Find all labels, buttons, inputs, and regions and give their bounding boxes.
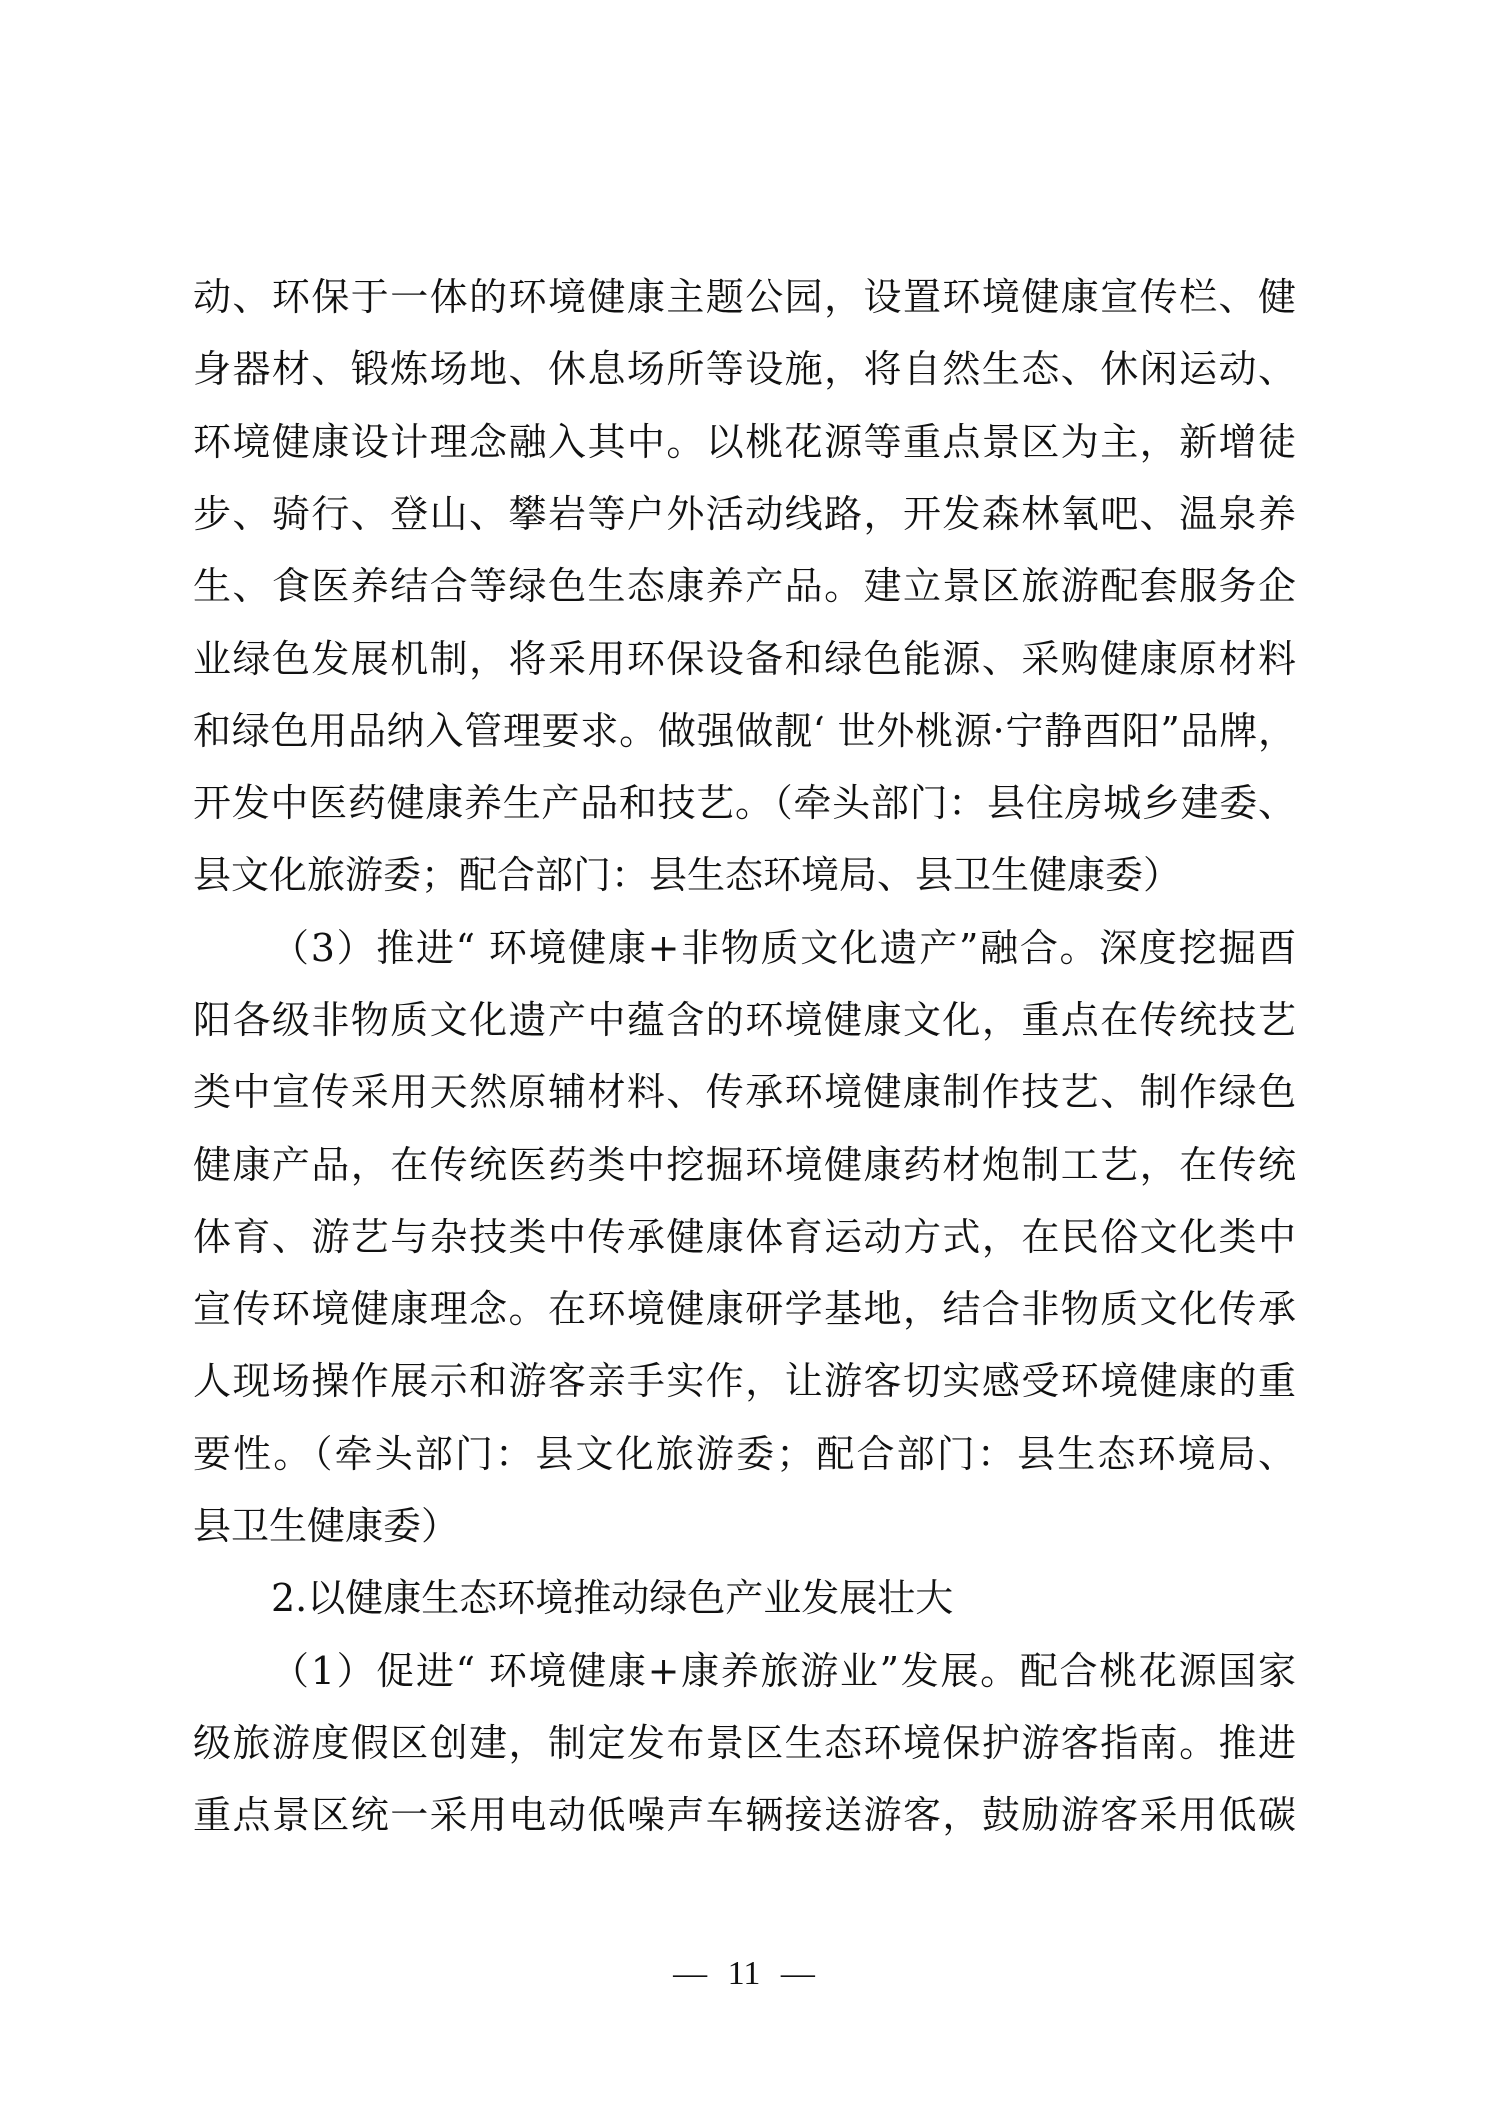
page-number: — 11 — — [0, 1952, 1488, 1996]
text-line-15: 宣传环境健康理念。在环境健康研学基地，结合非物质文化传承 — [193, 1284, 1296, 1334]
text-line-9: 县文化旅游委；配合部门：县生态环境局、县卫生健康委） — [193, 850, 1296, 900]
text-line-4: 步、骑行、登山、攀岩等户外活动线路，开发森林氧吧、温泉养 — [193, 489, 1296, 539]
text-line-8: 开发中医药健康养生产品和技艺。（牵头部门：县住房城乡建委、 — [193, 778, 1296, 828]
text-line-17: 要性。（牵头部门：县文化旅游委；配合部门：县生态环境局、 — [193, 1429, 1296, 1479]
paragraph-1-heading-line: （1）促进“ 环境健康+康养旅游业”发展。配合桃花源国家 — [271, 1646, 1296, 1696]
paragraph-3-heading-line: （3）推进“ 环境健康+非物质文化遗产”融合。深度挖掘酉 — [271, 923, 1296, 973]
document-page: 动、环保于一体的环境健康主题公园，设置环境健康宣传栏、健 身器材、锻炼场地、休息… — [0, 0, 1488, 2105]
text-line-18: 县卫生健康委） — [193, 1501, 1296, 1551]
text-line-21: 级旅游度假区创建，制定发布景区生态环境保护游客指南。推进 — [193, 1718, 1296, 1768]
text-line-6: 业绿色发展机制，将采用环保设备和绿色能源、采购健康原材料 — [193, 634, 1296, 684]
text-line-14: 体育、游艺与杂技类中传承健康体育运动方式，在民俗文化类中 — [193, 1212, 1296, 1262]
text-line-12: 类中宣传采用天然原辅材料、传承环境健康制作技艺、制作绿色 — [193, 1067, 1296, 1117]
text-line-7: 和绿色用品纳入管理要求。做强做靓‘ 世外桃源·宁静酉阳”品牌， — [193, 706, 1296, 756]
text-line-3: 环境健康设计理念融入其中。以桃花源等重点景区为主，新增徒 — [193, 417, 1296, 467]
text-line-1: 动、环保于一体的环境健康主题公园，设置环境健康宣传栏、健 — [193, 272, 1296, 322]
section-2-heading: 2.以健康生态环境推动绿色产业发展壮大 — [271, 1573, 1296, 1623]
text-line-13: 健康产品，在传统医药类中挖掘环境健康药材炮制工艺，在传统 — [193, 1140, 1296, 1190]
text-line-16: 人现场操作展示和游客亲手实作，让游客切实感受环境健康的重 — [193, 1356, 1296, 1406]
text-line-22: 重点景区统一采用电动低噪声车辆接送游客，鼓励游客采用低碳 — [193, 1790, 1296, 1840]
text-line-11: 阳各级非物质文化遗产中蕴含的环境健康文化，重点在传统技艺 — [193, 995, 1296, 1045]
text-line-2: 身器材、锻炼场地、休息场所等设施，将自然生态、休闲运动、 — [193, 344, 1296, 394]
text-line-5: 生、食医养结合等绿色生态康养产品。建立景区旅游配套服务企 — [193, 561, 1296, 611]
